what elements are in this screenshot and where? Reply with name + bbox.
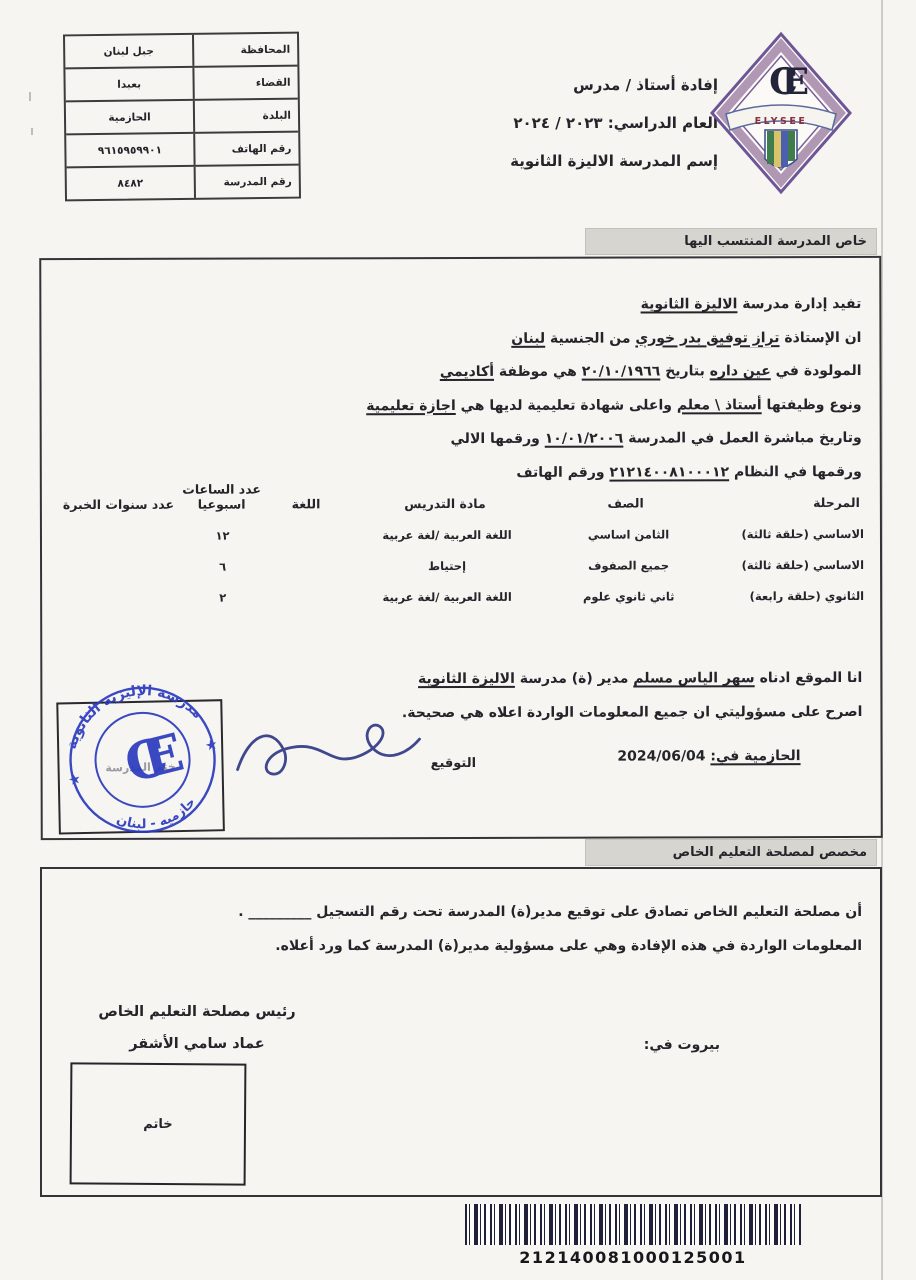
governorate-value: جبل لبنان <box>65 35 192 68</box>
certificate-title: إفادة أستاذ / مدرس <box>510 66 718 104</box>
place-date-label: بيروت في: <box>644 1037 720 1053</box>
table-row: رقم المدرسة ٨٤٨٢ <box>67 166 299 200</box>
school-info-table: المحافظة جبل لبنان القضاء بعبدا البلدة ا… <box>63 32 301 202</box>
official-signatory: رئيس مصلحة التعليم الخاص عماد سامي الأشق… <box>72 997 322 1061</box>
table-row: الاساسي (حلقة ثالثة) الثامن اساسي اللغة … <box>56 527 866 543</box>
phone-value: ٩٦١٥٩٥٩٩٠١ <box>66 134 193 167</box>
document-header: إفادة أستاذ / مدرس العام الدراسي: ٢٠٢٣ /… <box>510 66 718 180</box>
table-row: الثانوي (حلقة رابعة) ثاني ثانوي علوم الل… <box>56 589 866 605</box>
scan-artifact <box>31 128 33 135</box>
town-label: البلدة <box>193 100 298 132</box>
school-name-line: إسم المدرسة الاليزة الثانوية <box>510 142 718 180</box>
district-value: بعبدا <box>65 68 192 101</box>
barcode-block: 212140081000125001 <box>465 1204 801 1267</box>
stamp-monogram: CE <box>119 722 187 795</box>
ministry-line: المعلومات الواردة في هذه الإفادة وهي على… <box>238 929 862 963</box>
ministry-stamp-box: خاتم <box>70 1062 247 1185</box>
stamp-arc-bottom: حازميه - لبنان <box>111 793 202 841</box>
school-number-label: رقم المدرسة <box>194 166 299 198</box>
stamp-star-left: ★ <box>67 771 83 790</box>
phone-label: رقم الهاتف <box>193 133 298 165</box>
barcode-bars <box>465 1204 801 1245</box>
certificate-line: تفيد إدارة مدرسة الاليزة الثانوية <box>366 288 861 323</box>
declaration-line: اصرح على مسؤوليتي ان جميع المعلومات الوا… <box>402 695 863 730</box>
school-section-bar: خاص المدرسة المنتسب اليها <box>585 228 877 255</box>
official-name: عماد سامي الأشقر <box>72 1027 322 1061</box>
certificate-line: ونوع وظيفتها أستاذ \ معلم واعلى شهادة تع… <box>366 388 861 423</box>
date-value: 2024/06/04 <box>617 748 705 764</box>
date-line: الحازمية في: 2024/06/04 <box>617 748 800 764</box>
certificate-line: المولودة في عين داره بتاريخ ٢٠/١٠/١٩٦٦ ه… <box>366 355 861 390</box>
table-row: رقم الهاتف ٩٦١٥٩٥٩٩٠١ <box>66 133 298 169</box>
governorate-label: المحافظة <box>192 34 297 66</box>
town-value: الحازمية <box>66 101 193 134</box>
school-number-value: ٨٤٨٢ <box>67 167 194 200</box>
academic-year: العام الدراسي: ٢٠٢٣ / ٢٠٢٤ <box>510 104 718 142</box>
ministry-section-bar: مخصص لمصلحة التعليم الخاص <box>585 839 877 866</box>
school-section-box: تفيد إدارة مدرسة الاليزة الثانوية ان الإ… <box>39 256 883 840</box>
svg-text:حازميه - لبنان: حازميه - لبنان <box>111 793 202 841</box>
school-round-stamp: مدرسة الإليزيه الثانوية حازميه - لبنان ★… <box>21 638 264 881</box>
district-label: القضاء <box>192 67 297 99</box>
teaching-table: المرحلة الصف مادة التدريس اللغة عدد السا… <box>56 480 866 605</box>
certificate-line: وتاريخ مباشرة العمل في المدرسة ١٠/٠١/٢٠٠… <box>366 422 861 457</box>
table-row: البلدة الحازمية <box>66 100 298 136</box>
official-title: رئيس مصلحة التعليم الخاص <box>72 997 322 1027</box>
table-row: المحافظة جبل لبنان <box>65 34 297 70</box>
stamp-star-right: ★ <box>203 736 219 755</box>
signature-label: التوقيع <box>431 756 477 771</box>
teaching-table-header: المرحلة الصف مادة التدريس اللغة عدد السا… <box>56 480 866 512</box>
director-declaration: انا الموقع ادناه سهر الياس مسلم مدير (ة)… <box>402 662 863 730</box>
declaration-line: انا الموقع ادناه سهر الياس مسلم مدير (ة)… <box>402 662 863 697</box>
logo-name: ELYSEE <box>755 116 808 127</box>
ministry-paragraph: أن مصلحة التعليم الخاص تصادق على توقيع م… <box>238 895 862 963</box>
table-row: الاساسي (حلقة ثالثة) جميع الصفوف إحتياط … <box>56 558 866 574</box>
document-page: المحافظة جبل لبنان القضاء بعبدا البلدة ا… <box>0 0 916 1280</box>
barcode-number: 212140081000125001 <box>465 1248 801 1267</box>
table-row: القضاء بعبدا <box>65 67 297 103</box>
certificate-paragraph: تفيد إدارة مدرسة الاليزة الثانوية ان الإ… <box>366 288 862 490</box>
scan-artifact <box>29 92 31 101</box>
logo-shield <box>765 130 797 167</box>
director-signature <box>227 711 427 797</box>
ministry-section-box: أن مصلحة التعليم الخاص تصادق على توقيع م… <box>40 867 882 1197</box>
date-place-label: الحازمية في: <box>710 748 800 764</box>
certificate-line: ان الإستاذة تراز توفيق بدر خوري من الجنس… <box>366 321 861 356</box>
school-logo: CE ELYSEE <box>706 28 856 198</box>
ministry-stamp-label: خاتم <box>143 1116 172 1131</box>
ministry-line: أن مصلحة التعليم الخاص تصادق على توقيع م… <box>238 895 862 929</box>
